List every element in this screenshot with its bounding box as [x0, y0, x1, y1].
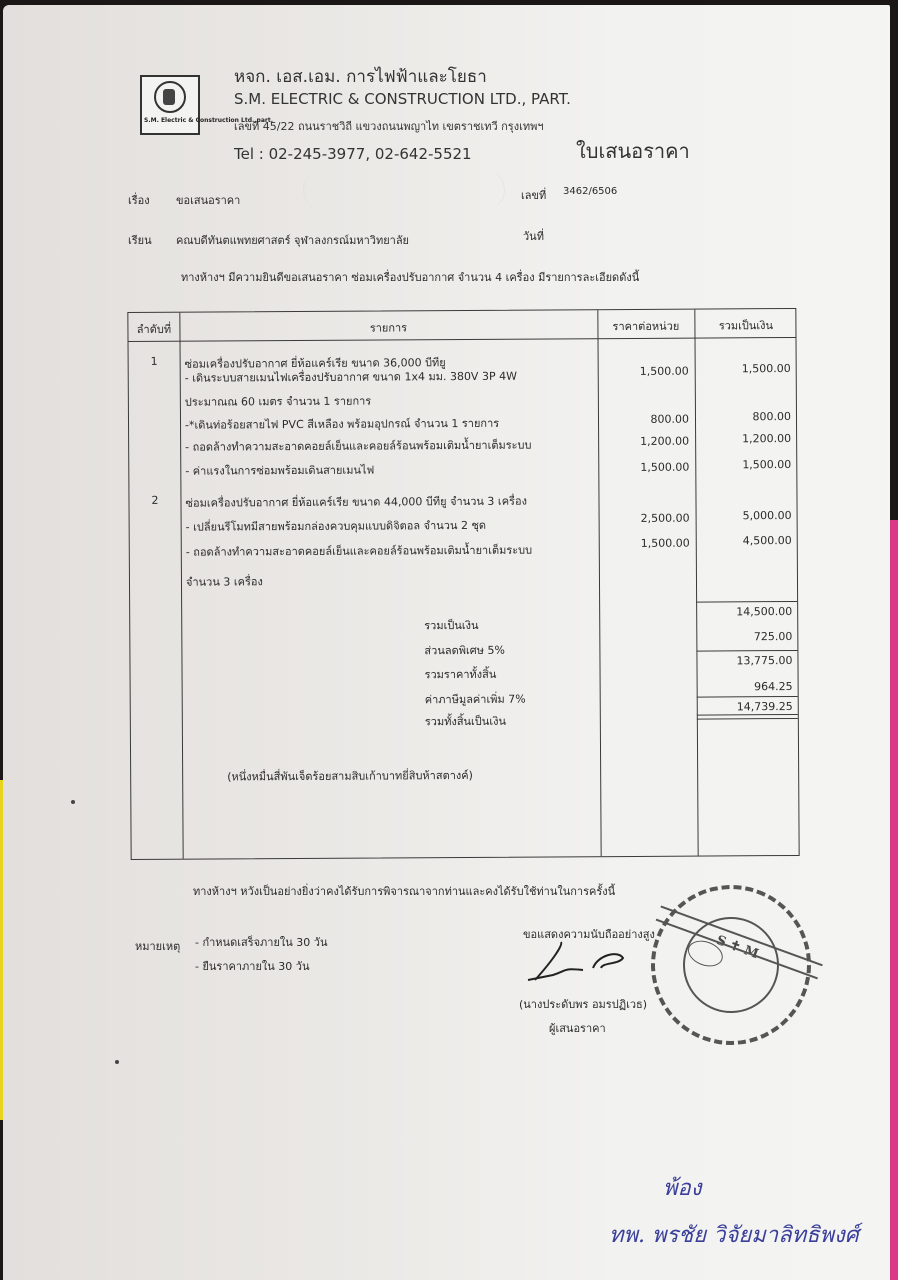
row-unit-price: 800.00 [599, 413, 689, 427]
summary-label: รวมเป็นเงิน [424, 616, 478, 634]
intro-text: ทางห้างฯ มีความยินดีขอเสนอราคา ซ่อมเครื่… [181, 268, 639, 286]
signer-name: (นางประดับพร อมรปฏิเวธ) [519, 995, 647, 1013]
row-description: -*เดินท่อร้อยสายไฟ PVC สีเหลือง พร้อมอุป… [185, 414, 499, 434]
quotation-table: ลำดับที่ รายการ ราคาต่อหน่วย รวมเป็นเงิน… [127, 308, 799, 860]
date-label: วันที่ [523, 227, 544, 245]
col-divider [694, 310, 698, 856]
to-value: คณบดีทันตแพทยศาสตร์ จุฬาลงกรณ์มหาวิทยาลั… [176, 231, 409, 249]
summary-label: ค่าภาษีมูลค่าเพิ่ม 7% [425, 690, 526, 709]
signature-scribble-icon [523, 940, 633, 985]
speck [115, 1060, 119, 1064]
row-total: 5,000.00 [702, 509, 792, 523]
row-unit-price [599, 491, 689, 492]
amount-in-words: (หนึ่งหมื่นสี่พันเจ็ดร้อยสามสิบเก้าบาทยี… [227, 766, 473, 786]
row-total [702, 567, 792, 568]
speck [71, 800, 75, 804]
summary-label: รวมทั้งสิ้นเป็นเงิน [425, 712, 506, 730]
handwritten-initial: พ้อง [663, 1170, 701, 1205]
remark-item: - ยืนราคาภายใน 30 วัน [195, 957, 310, 975]
subject-label: เรื่อง [128, 191, 150, 209]
row-number: 1 [129, 355, 180, 368]
row-unit-price [599, 390, 689, 391]
col-divider [597, 310, 601, 856]
company-address: เลขที่ 45/22 ถนนราชวิถี แขวงถนนพญาไท เขต… [234, 117, 544, 135]
row-total: 1,500.00 [701, 458, 791, 472]
remark-item: - กำหนดเสร็จภายใน 30 วัน [195, 933, 328, 951]
logo-emblem-icon [154, 81, 186, 113]
row-description: ซ่อมเครื่องปรับอากาศ ยี่ห้อแคร์เรีย ขนาด… [185, 492, 527, 512]
row-unit-price: 2,500.00 [600, 512, 690, 526]
row-description: ประมาณณ 60 เมตร จำนวน 1 รายการ [185, 392, 371, 411]
header-unit-price: ราคาต่อหน่วย [597, 317, 694, 336]
doc-number-value: 3462/6506 [563, 186, 617, 197]
to-label: เรียน [128, 231, 152, 249]
document-title: ใบเสนอราคา [576, 135, 690, 167]
row-total [701, 387, 791, 388]
row-total [701, 488, 791, 489]
header-description: รายการ [179, 317, 597, 338]
company-logo: S.M. Electric & Construction Ltd.,part. [140, 75, 200, 135]
row-description: - ถอดล้างทำความสะอาดคอยล์เย็นและคอยล์ร้อ… [185, 436, 531, 456]
summary-value: 725.00 [702, 630, 792, 644]
summary-divider [697, 718, 798, 720]
company-name-thai: หจก. เอส.เอม. การไฟฟ้าและโยธา [234, 63, 487, 90]
closing-text: ทางห้างฯ หวังเป็นอย่างยิ่งว่าคงได้รับการ… [193, 882, 615, 900]
row-total: 1,200.00 [701, 432, 791, 446]
signer-role: ผู้เสนอราคา [549, 1019, 606, 1037]
faint-bleed-through-mark [303, 170, 505, 210]
row-number: 2 [129, 494, 180, 507]
quotation-paper: S.M. Electric & Construction Ltd.,part. … [3, 5, 890, 1280]
summary-value: 14,500.00 [702, 605, 792, 619]
row-description: จำนวน 3 เครื่อง [186, 572, 263, 590]
row-description: - เดินระบบสายเมนไฟเครื่องปรับอากาศ ขนาด … [185, 367, 517, 387]
company-phone: Tel : 02-245-3977, 02-642-5521 [234, 145, 472, 163]
col-divider [179, 313, 183, 859]
row-unit-price: 1,500.00 [600, 537, 690, 551]
row-total [701, 349, 791, 350]
summary-divider [697, 696, 798, 698]
row-total: 4,500.00 [702, 534, 792, 548]
summary-divider [696, 601, 797, 603]
logo-text: S.M. Electric & Construction Ltd.,part. [144, 117, 196, 124]
row-total: 1,500.00 [701, 362, 791, 376]
company-stamp: S ✝ M [628, 862, 833, 1067]
summary-value: 14,739.25 [703, 700, 793, 714]
header-total: รวมเป็นเงิน [694, 316, 797, 335]
row-description: - ถอดล้างทำความสะอาดคอยล์เย็นและคอยล์ร้อ… [186, 541, 532, 561]
subject-value: ขอเสนอราคา [176, 191, 240, 209]
row-description: - เปลี่ยนรีโมทมีสายพร้อมกล่องควบคุมแบบดิ… [186, 516, 487, 536]
summary-divider [696, 650, 797, 652]
summary-label: รวมราคาทั้งสิ้น [424, 665, 496, 683]
row-unit-price [600, 570, 690, 571]
summary-label: ส่วนลดพิเศษ 5% [424, 641, 505, 659]
doc-number-label: เลขที่ [521, 186, 546, 204]
header-no: ลำดับที่ [128, 320, 179, 338]
company-name-english: S.M. ELECTRIC & CONSTRUCTION LTD., PART. [234, 90, 571, 108]
row-unit-price: 1,200.00 [599, 435, 689, 449]
summary-value: 964.25 [703, 680, 793, 694]
remarks-label: หมายเหตุ [135, 937, 180, 955]
row-unit-price: 1,500.00 [599, 461, 689, 475]
handwritten-name: ทพ. พรชัย วิจัยมาลิทธิพงศ์ [609, 1217, 859, 1252]
row-description: - ค่าแรงในการซ่อมพร้อมเดินสายเมนไฟ [185, 461, 374, 480]
row-total: 800.00 [701, 410, 791, 424]
row-unit-price: 1,500.00 [599, 365, 689, 379]
row-unit-price [599, 352, 689, 353]
summary-value: 13,775.00 [702, 654, 792, 668]
summary-divider [697, 714, 798, 716]
